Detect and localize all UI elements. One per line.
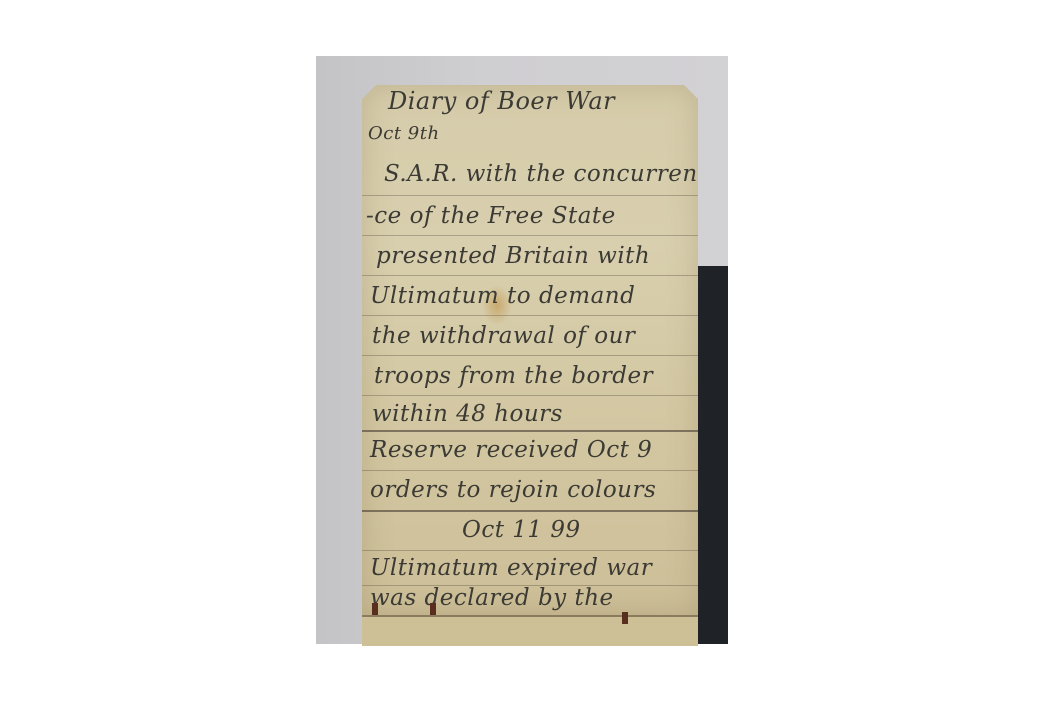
ruled-line bbox=[362, 395, 698, 396]
binding-stitch bbox=[622, 612, 628, 624]
ruled-line bbox=[362, 195, 698, 196]
ruled-line bbox=[362, 470, 698, 471]
binding-stitch bbox=[372, 603, 378, 615]
diary-line: S.A.R. with the concurren bbox=[384, 161, 698, 187]
diary-line: within 48 hours bbox=[372, 401, 698, 427]
divider-line bbox=[362, 430, 698, 432]
diary-line: presented Britain with bbox=[376, 243, 698, 269]
diary-line: Ultimatum to demand bbox=[370, 283, 698, 309]
diary-line: the withdrawal of our bbox=[372, 323, 698, 349]
next-page-edge bbox=[362, 615, 698, 646]
diary-line: -ce of the Free State bbox=[366, 203, 698, 229]
diary-date: Oct 9th bbox=[368, 123, 698, 144]
diary-line: Reserve received Oct 9 bbox=[370, 437, 698, 463]
ruled-line bbox=[362, 275, 698, 276]
ruled-line bbox=[362, 550, 698, 551]
diary-title: Diary of Boer War bbox=[388, 87, 698, 115]
diary-date: Oct 11 99 bbox=[462, 517, 698, 543]
ruled-line bbox=[362, 315, 698, 316]
divider-line bbox=[362, 510, 698, 512]
diary-line: troops from the border bbox=[374, 363, 698, 389]
binding-stitch bbox=[430, 603, 436, 615]
diary-page: Diary of Boer War Oct 9th S.A.R. with th… bbox=[362, 85, 698, 615]
ruled-line bbox=[362, 235, 698, 236]
diary-line: orders to rejoin colours bbox=[370, 477, 698, 503]
diary-line: Ultimatum expired war bbox=[370, 555, 698, 581]
ruled-line bbox=[362, 355, 698, 356]
diary-line: was declared by the bbox=[370, 585, 698, 611]
